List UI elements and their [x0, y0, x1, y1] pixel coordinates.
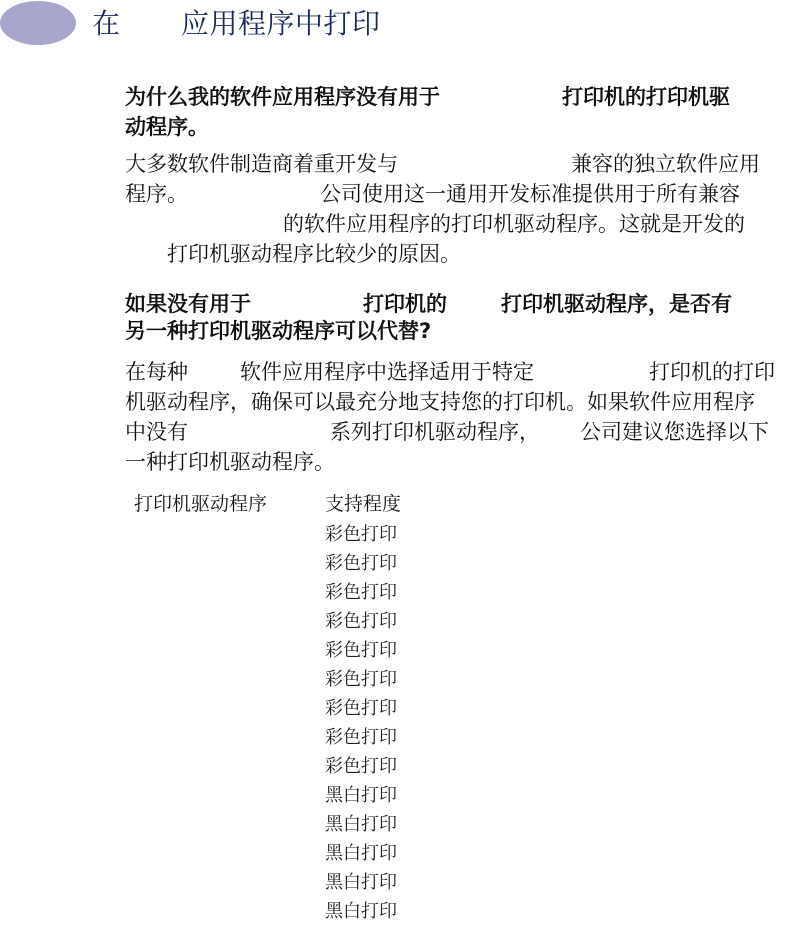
- faq-1-question-line-1-part-1: 为什么我的软件应用程序没有用于: [125, 82, 440, 112]
- table-row-support: 彩色打印: [325, 752, 397, 781]
- faq-2-answer-line-2: 机驱动程序，确保可以最充分地支持您的打印机。如果软件应用程序: [125, 387, 755, 417]
- faq-1-question-line-2: 动程序。: [125, 112, 209, 142]
- table-row-support: 彩色打印: [325, 723, 397, 752]
- faq-2-question-line-1-part-1: 如果没有用于: [125, 289, 251, 319]
- table-row-support: 彩色打印: [325, 549, 397, 578]
- table-row-support: 彩色打印: [325, 694, 397, 723]
- faq-2-answer-line-3-part-1: 中没有: [125, 417, 188, 447]
- page-title-prefix: 在: [92, 4, 120, 44]
- faq-1-answer-line-1-part-1: 大多数软件制造商着重开发与: [125, 149, 398, 179]
- header-ellipse-decoration: [0, 1, 76, 45]
- faq-2-answer-line-1-part-3: 打印机的打印: [649, 357, 775, 387]
- faq-2-answer-line-1-part-1: 在每种: [125, 357, 188, 387]
- faq-1-question-line-1-part-2: 打印机的打印机驱: [562, 82, 730, 112]
- support-level-list: 彩色打印 彩色打印 彩色打印 彩色打印 彩色打印 彩色打印 彩色打印 彩色打印 …: [325, 520, 397, 925]
- table-header-driver: 打印机驱动程序: [134, 490, 267, 518]
- faq-1-answer-line-1-part-2: 兼容的独立软件应用: [571, 149, 760, 179]
- table-row-support: 彩色打印: [325, 520, 397, 549]
- faq-1-answer-line-4: 打印机驱动程序比较少的原因。: [167, 239, 461, 269]
- table-row-support: 彩色打印: [325, 578, 397, 607]
- table-row-support: 彩色打印: [325, 636, 397, 665]
- table-row-support: 彩色打印: [325, 607, 397, 636]
- table-row-support: 黑白打印: [325, 839, 397, 868]
- table-row-support: 黑白打印: [325, 781, 397, 810]
- table-header-support: 支持程度: [325, 490, 401, 518]
- table-row-support: 黑白打印: [325, 810, 397, 839]
- page-title: 应用程序中打印: [181, 4, 381, 44]
- table-row-support: 黑白打印: [325, 897, 397, 925]
- faq-1-answer-line-3: 的软件应用程序的打印机驱动程序。这就是开发的: [283, 209, 745, 239]
- faq-2-answer-line-1-part-2: 软件应用程序中选择适用于特定: [240, 357, 534, 387]
- faq-2-answer-line-3-part-2: 系列打印机驱动程序，: [330, 417, 540, 447]
- faq-1-answer-line-2-part-1: 程序。: [125, 179, 188, 209]
- faq-2-answer-line-4: 一种打印机驱动程序。: [125, 447, 335, 477]
- faq-2-question-line-1-part-2: 打印机的: [363, 289, 447, 319]
- faq-2-answer-line-3-part-3: 公司建议您选择以下: [580, 417, 769, 447]
- table-row-support: 彩色打印: [325, 665, 397, 694]
- faq-2-question-line-1-part-3: 打印机驱动程序，是否有: [501, 289, 732, 319]
- faq-1-answer-line-2-part-2: 公司使用这一通用开发标准提供用于所有兼容: [320, 179, 740, 209]
- table-row-support: 黑白打印: [325, 868, 397, 897]
- faq-2-question-line-2: 另一种打印机驱动程序可以代替?: [125, 316, 431, 346]
